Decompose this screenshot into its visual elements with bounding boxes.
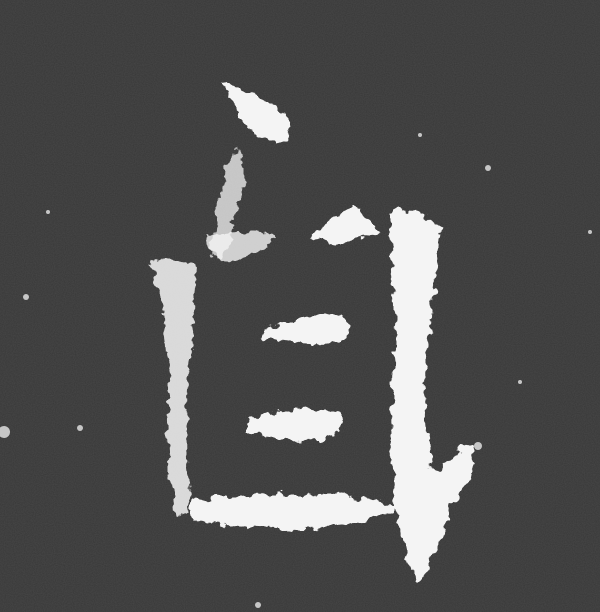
rubbing-image: 白 — [0, 0, 600, 612]
character-glyph — [0, 0, 600, 612]
